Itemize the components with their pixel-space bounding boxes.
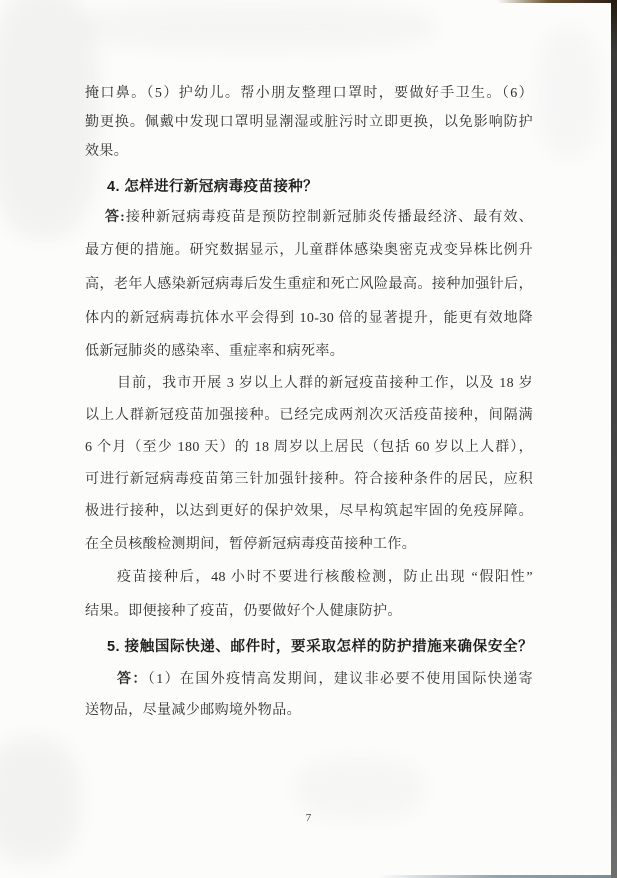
line-text: 在全员核酸检测期间，暂停新冠病毒疫苗接种工作。: [85, 537, 416, 552]
text-line: 最方便的措施。研究数据显示，儿童群体感染奥密克戎变异株比例升: [85, 241, 533, 263]
text-line: 目前，我市开展 3 岁以上人群的新冠疫苗接种工作，以及 18 岁: [85, 374, 533, 396]
line-text: 低新冠肺炎的感染率、重症率和病死率。: [85, 344, 344, 359]
line-text: 掩口鼻。（5）护幼儿。帮小朋友整理口罩时，要做好手卫生。（6）: [85, 86, 533, 101]
text-line: 极进行接种，以达到更好的保护效果，尽早构筑起牢固的免疫屏障。: [85, 502, 533, 524]
text-line: 体内的新冠病毒抗体水平会得到 10-30 倍的显著提升，能更有效地降: [85, 309, 533, 331]
scan-edge-right: [611, 0, 617, 878]
text-line: 低新冠肺炎的感染率、重症率和病死率。: [85, 342, 533, 364]
text-line: 答:接种新冠病毒疫苗是预防控制新冠肺炎传播最经济、最有效、: [85, 208, 533, 230]
line-text: 疫苗接种后，48 小时不要进行核酸检测，防止出现 “假阳性”: [117, 570, 533, 585]
line-text: 以上人群新冠疫苗加强接种。已经完成两剂次灭活疫苗接种，间隔满: [85, 408, 533, 423]
line-text: 送物品，尽量减少邮购境外物品。: [85, 703, 301, 718]
text-line: 效果。: [85, 142, 533, 164]
line-text: 体内的新冠病毒抗体水平会得到 10-30 倍的显著提升，能更有效地降: [85, 311, 533, 326]
answer-label: 答:: [105, 210, 125, 225]
line-text: 目前，我市开展 3 岁以上人群的新冠疫苗接种工作，以及 18 岁: [117, 376, 533, 391]
document-text: 掩口鼻。（5）护幼儿。帮小朋友整理口罩时，要做好手卫生。（6）勤更换。佩戴中发现…: [85, 0, 533, 878]
text-line: 答：（1）在国外疫情高发期间，建议非必要不使用国际快递寄: [85, 670, 533, 692]
page-number: 7: [0, 812, 617, 824]
line-text: 5. 接触国际快递、邮件时，要采取怎样的防护措施来确保安全？: [107, 639, 533, 655]
line-text: 极进行接种，以达到更好的保护效果，尽早构筑起牢固的免疫屏障。: [85, 504, 533, 519]
line-text: 结果。即便接种了疫苗，仍要做好个人健康防护。: [85, 604, 402, 619]
text-line: 高，老年人感染新冠病毒后发生重症和死亡风险最高。接种加强针后，: [85, 275, 533, 297]
scan-artifact: [0, 738, 80, 863]
line-text: 最方便的措施。研究数据显示，儿童群体感染奥密克戎变异株比例升: [85, 243, 533, 258]
text-line: 送物品，尽量减少邮购境外物品。: [85, 701, 533, 723]
question-heading: 5. 接触国际快递、邮件时，要采取怎样的防护措施来确保安全？: [85, 637, 533, 659]
line-text: 接种新冠病毒疫苗是预防控制新冠肺炎传播最经济、最有效、: [125, 210, 533, 225]
line-text: 4. 怎样进行新冠病毒疫苗接种？: [107, 179, 318, 195]
line-text: （1）在国外疫情高发期间，建议非必要不使用国际快递寄: [148, 672, 533, 687]
answer-label: 答：: [117, 672, 148, 687]
text-line: 以上人群新冠疫苗加强接种。已经完成两剂次灭活疫苗接种，间隔满: [85, 406, 533, 428]
scan-artifact: [538, 28, 600, 158]
line-text: 可进行新冠病毒疫苗第三针加强针接种。符合接种条件的居民，应积: [85, 472, 533, 487]
document-page: 掩口鼻。（5）护幼儿。帮小朋友整理口罩时，要做好手卫生。（6）勤更换。佩戴中发现…: [0, 0, 617, 878]
text-line: 6 个月（至少 180 天）的 18 周岁以上居民（包括 60 岁以上人群），: [85, 438, 533, 460]
text-line: 勤更换。佩戴中发现口罩明显潮湿或脏污时立即更换，以免影响防护: [85, 113, 533, 135]
text-line: 疫苗接种后，48 小时不要进行核酸检测，防止出现 “假阳性”: [85, 568, 533, 590]
line-text: 勤更换。佩戴中发现口罩明显潮湿或脏污时立即更换，以免影响防护: [85, 115, 533, 130]
line-text: 效果。: [85, 144, 128, 159]
line-text: 6 个月（至少 180 天）的 18 周岁以上居民（包括 60 岁以上人群），: [85, 440, 533, 455]
text-line: 可进行新冠病毒疫苗第三针加强针接种。符合接种条件的居民，应积: [85, 470, 533, 492]
scan-edge-top: [497, 0, 611, 3]
question-heading: 4. 怎样进行新冠病毒疫苗接种？: [85, 177, 533, 199]
text-line: 结果。即便接种了疫苗，仍要做好个人健康防护。: [85, 602, 533, 624]
text-line: 掩口鼻。（5）护幼儿。帮小朋友整理口罩时，要做好手卫生。（6）: [85, 84, 533, 106]
text-line: 在全员核酸检测期间，暂停新冠病毒疫苗接种工作。: [85, 535, 533, 557]
line-text: 高，老年人感染新冠病毒后发生重症和死亡风险最高。接种加强针后，: [85, 277, 533, 292]
